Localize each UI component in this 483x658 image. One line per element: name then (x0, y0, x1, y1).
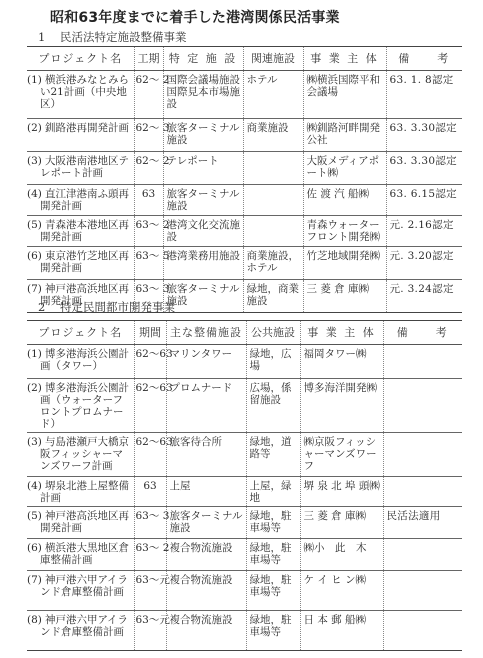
cell-period: 62〜 2 (134, 71, 163, 119)
cell-related: 商業施設 (243, 119, 303, 152)
table-minkan-toshi-kaihatsu: プロジェクト名 期間 主な整備施設 公共施設 事 業 主 体 備 考 (1)博多… (27, 320, 462, 651)
col-header-operator: 事 業 主 体 (300, 321, 383, 345)
cell-note: 63. 6.15認定 (386, 185, 462, 216)
cell-facility: 旅客ターミナル施設 (166, 507, 246, 539)
cell-facility: テレポート (163, 152, 243, 185)
cell-public: 緑地，駐車場等 (246, 611, 300, 651)
document-title: 昭和63年度までに着手した港湾関係民活事業 (50, 7, 340, 27)
cell-note: 63. 3.30認定 (386, 119, 462, 152)
cell-operator: 三 菱 倉 庫㈱ (303, 280, 386, 313)
table-row: (6)横浜港大黒地区倉庫整備計画63〜 2複合物流施設緑地，駐車場等㈱小 此 木 (27, 539, 462, 571)
cell-facility: 上屋 (166, 477, 246, 507)
cell-period: 62〜63 (134, 345, 166, 379)
row-number: (3) (27, 436, 45, 448)
cell-note (383, 345, 462, 379)
cell-note: 63. 3.30認定 (386, 152, 462, 185)
table-row: (6)東京港竹芝地区再開発計画63〜 5港湾業務用施設商業施設，ホテル竹芝地域開… (27, 247, 462, 280)
cell-project: (4)堺泉北港上屋整備計画 (27, 477, 134, 507)
cell-project: (6)横浜港大黒地区倉庫整備計画 (27, 539, 134, 571)
row-number: (7) (27, 283, 45, 295)
cell-note: 63. 1. 8認定 (386, 71, 462, 119)
cell-note (383, 477, 462, 507)
cell-operator: 博多海洋開発㈱ (300, 379, 383, 433)
cell-project: (2)釧路港再開発計画 (27, 119, 134, 152)
cell-public: 上屋，緑地 (246, 477, 300, 507)
cell-operator: ㈱釧路河畔開発公社 (303, 119, 386, 152)
cell-operator: ㈱小 此 木 (300, 539, 383, 571)
project-name: (8)神戸港六甲アイランド倉庫整備計画 (27, 614, 132, 638)
project-label: 横浜港みなとみらい21計画（中央地区） (40, 74, 129, 110)
cell-public: 緑地，道路等 (246, 433, 300, 477)
cell-related: 緑地，商業施設 (243, 280, 303, 313)
section-title: 民活法特定施設整備事業 (60, 30, 187, 44)
table-row: (8)神戸港六甲アイランド倉庫整備計画63〜元複合物流施設緑地，駐車場等日 本 … (27, 611, 462, 651)
cell-period: 63〜 2 (134, 216, 163, 247)
cell-operator: 竹芝地域開発㈱ (303, 247, 386, 280)
project-name: (2)博多港海浜公園計画（ウォーターフロントプロムナード） (27, 382, 132, 430)
table-row: (2)釧路港再開発計画62〜 3旅客ターミナル施設商業施設㈱釧路河畔開発公社63… (27, 119, 462, 152)
cell-project: (5)神戸港高浜地区再開発計画 (27, 507, 134, 539)
row-number: (1) (27, 348, 45, 360)
cell-project: (1)博多港海浜公園計画（タワー） (27, 345, 134, 379)
section-number: 2 (38, 300, 60, 314)
row-number: (2) (27, 382, 45, 394)
project-label: 博多港海浜公園計画（タワー） (40, 348, 129, 372)
cell-facility: 旅客待合所 (166, 433, 246, 477)
cell-period: 63〜元 (134, 611, 166, 651)
cell-period: 63 (134, 477, 166, 507)
project-label: 横浜港大黒地区倉庫整備計画 (40, 542, 129, 566)
row-number: (6) (27, 250, 45, 262)
col-header-note: 備 考 (383, 321, 462, 345)
cell-project: (5)青森港本港地区再開発計画 (27, 216, 134, 247)
row-number: (7) (27, 574, 45, 586)
project-name: (4)直江津港南ふ頭再開発計画 (27, 188, 132, 212)
project-name: (2)釧路港再開発計画 (27, 122, 132, 134)
project-label: 神戸港六甲アイランド倉庫整備計画 (40, 614, 128, 638)
cell-project: (1)横浜港みなとみらい21計画（中央地区） (27, 71, 134, 119)
table-tokutei-shisetsu: プロジェクト名 工期 特 定 施 設 関連施設 事 業 主 体 備 考 (1)横… (27, 46, 462, 313)
cell-operator: 三 菱 倉 庫㈱ (300, 507, 383, 539)
cell-operator: ケ イ ヒ ン㈱ (300, 571, 383, 611)
project-name: (7)神戸港六甲アイランド倉庫整備計画 (27, 574, 132, 598)
cell-period: 63〜 3 (134, 507, 166, 539)
cell-public: 緑地，広場 (246, 345, 300, 379)
cell-facility: 旅客ターミナル施設 (163, 280, 243, 313)
cell-period: 63〜 2 (134, 539, 166, 571)
project-name: (3)与島港瀬戸大橋京阪フィッシャーマンズワーフ計画 (27, 436, 132, 472)
section-2-heading: 2特定民間都市開発事業 (38, 299, 175, 315)
cell-operator: 日 本 郵 船㈱ (300, 611, 383, 651)
row-number: (4) (27, 188, 45, 200)
project-name: (5)青森港本港地区再開発計画 (27, 219, 132, 243)
cell-facility: マリンタワー (166, 345, 246, 379)
cell-period: 62〜63 (134, 379, 166, 433)
project-label: 与島港瀬戸大橋京阪フィッシャーマンズワーフ計画 (40, 436, 129, 472)
cell-period: 63 (134, 185, 163, 216)
section-title: 特定民間都市開発事業 (60, 300, 175, 314)
cell-period: 62〜63 (134, 433, 166, 477)
cell-operator: ㈱京阪フィッシャーマンズワーフ (300, 433, 383, 477)
cell-public: 緑地，駐車場等 (246, 571, 300, 611)
project-name: (1)横浜港みなとみらい21計画（中央地区） (27, 74, 132, 110)
row-number: (6) (27, 542, 45, 554)
project-name: (5)神戸港高浜地区再開発計画 (27, 510, 132, 534)
cell-related (243, 216, 303, 247)
section-number: 1 (38, 30, 60, 44)
cell-facility: 港湾業務用施設 (163, 247, 243, 280)
project-label: 東京港竹芝地区再開発計画 (40, 250, 129, 274)
col-header-operator: 事 業 主 体 (303, 47, 386, 71)
row-number: (5) (27, 219, 45, 231)
cell-note: 元. 2.16認定 (386, 216, 462, 247)
cell-note: 元. 3.20認定 (386, 247, 462, 280)
cell-project: (3)大阪港南港地区テレポート計画 (27, 152, 134, 185)
row-number: (2) (27, 122, 45, 134)
cell-project: (3)与島港瀬戸大橋京阪フィッシャーマンズワーフ計画 (27, 433, 134, 477)
cell-operator: 大阪メディアポート㈱ (303, 152, 386, 185)
table-row: (3)大阪港南港地区テレポート計画62〜 2テレポート大阪メディアポート㈱63.… (27, 152, 462, 185)
cell-project: (2)博多港海浜公園計画（ウォーターフロントプロムナード） (27, 379, 134, 433)
cell-note (383, 379, 462, 433)
cell-operator: 堺 泉 北 埠 頭㈱ (300, 477, 383, 507)
row-number: (3) (27, 155, 45, 167)
cell-facility: 複合物流施設 (166, 571, 246, 611)
project-name: (4)堺泉北港上屋整備計画 (27, 480, 132, 504)
cell-note (383, 433, 462, 477)
cell-related (243, 185, 303, 216)
cell-project: (6)東京港竹芝地区再開発計画 (27, 247, 134, 280)
row-number: (8) (27, 614, 45, 626)
project-label: 神戸港六甲アイランド倉庫整備計画 (40, 574, 128, 598)
table-header-row: プロジェクト名 期間 主な整備施設 公共施設 事 業 主 体 備 考 (27, 321, 462, 345)
section-1-heading: 1民活法特定施設整備事業 (38, 29, 187, 45)
cell-related (243, 152, 303, 185)
table-row: (4)直江津港南ふ頭再開発計画63旅客ターミナル施設佐 渡 汽 船㈱63. 6.… (27, 185, 462, 216)
col-header-facility: 特 定 施 設 (163, 47, 243, 71)
table-row: (2)博多港海浜公園計画（ウォーターフロントプロムナード）62〜63プロムナード… (27, 379, 462, 433)
cell-public: 緑地，駐車場等 (246, 539, 300, 571)
cell-operator: 青森ウォーターフロント開発㈱ (303, 216, 386, 247)
cell-operator: 福岡タワー㈱ (300, 345, 383, 379)
row-number: (1) (27, 74, 45, 86)
cell-facility: 複合物流施設 (166, 539, 246, 571)
project-label: 青森港本港地区再開発計画 (40, 219, 129, 243)
cell-operator: ㈱横浜国際平和会議場 (303, 71, 386, 119)
project-name: (6)横浜港大黒地区倉庫整備計画 (27, 542, 132, 566)
col-header-facility: 主な整備施設 (166, 321, 246, 345)
cell-period: 62〜 2 (134, 152, 163, 185)
cell-related: 商業施設，ホテル (243, 247, 303, 280)
col-header-project: プロジェクト名 (27, 47, 134, 71)
project-label: 直江津港南ふ頭再開発計画 (40, 188, 129, 212)
cell-facility: 旅客ターミナル施設 (163, 185, 243, 216)
cell-operator: 佐 渡 汽 船㈱ (303, 185, 386, 216)
col-header-public: 公共施設 (246, 321, 300, 345)
col-header-period: 工期 (134, 47, 163, 71)
cell-facility: 港湾文化交流施設 (163, 216, 243, 247)
project-label: 釧路港再開発計画 (45, 122, 129, 134)
project-label: 神戸港高浜地区再開発計画 (40, 510, 129, 534)
table-row: (5)青森港本港地区再開発計画63〜 2港湾文化交流施設青森ウォーターフロント開… (27, 216, 462, 247)
cell-facility: 複合物流施設 (166, 611, 246, 651)
cell-project: (7)神戸港六甲アイランド倉庫整備計画 (27, 571, 134, 611)
project-name: (6)東京港竹芝地区再開発計画 (27, 250, 132, 274)
cell-project: (4)直江津港南ふ頭再開発計画 (27, 185, 134, 216)
project-label: 大阪港南港地区テレポート計画 (40, 155, 129, 179)
col-header-project: プロジェクト名 (27, 321, 134, 345)
table-row: (5)神戸港高浜地区再開発計画63〜 3旅客ターミナル施設緑地，駐車場等三 菱 … (27, 507, 462, 539)
table-row: (3)与島港瀬戸大橋京阪フィッシャーマンズワーフ計画62〜63旅客待合所緑地，道… (27, 433, 462, 477)
cell-note: 民活法適用 (383, 507, 462, 539)
cell-project: (8)神戸港六甲アイランド倉庫整備計画 (27, 611, 134, 651)
project-label: 堺泉北港上屋整備計画 (40, 480, 129, 504)
table-row: (1)横浜港みなとみらい21計画（中央地区）62〜 2国際会議場施設 国際見本市… (27, 71, 462, 119)
cell-note (383, 611, 462, 651)
col-header-note: 備 考 (386, 47, 462, 71)
cell-period: 63〜 5 (134, 247, 163, 280)
cell-related: ホテル (243, 71, 303, 119)
cell-note (383, 571, 462, 611)
cell-period: 63〜元 (134, 571, 166, 611)
table-header-row: プロジェクト名 工期 特 定 施 設 関連施設 事 業 主 体 備 考 (27, 47, 462, 71)
col-header-period: 期間 (134, 321, 166, 345)
cell-facility: プロムナード (166, 379, 246, 433)
row-number: (4) (27, 480, 45, 492)
cell-period: 62〜 3 (134, 119, 163, 152)
project-label: 博多港海浜公園計画（ウォーターフロントプロムナード） (40, 382, 129, 430)
cell-facility: 旅客ターミナル施設 (163, 119, 243, 152)
cell-note (383, 539, 462, 571)
table-row: (4)堺泉北港上屋整備計画63上屋上屋，緑地堺 泉 北 埠 頭㈱ (27, 477, 462, 507)
cell-note: 元. 3.24認定 (386, 280, 462, 313)
project-name: (3)大阪港南港地区テレポート計画 (27, 155, 132, 179)
cell-public: 広場，係留施設 (246, 379, 300, 433)
col-header-related: 関連施設 (243, 47, 303, 71)
cell-facility: 国際会議場施設 国際見本市場施設 (163, 71, 243, 119)
table-row: (1)博多港海浜公園計画（タワー）62〜63マリンタワー緑地，広場福岡タワー㈱ (27, 345, 462, 379)
table-row: (7)神戸港六甲アイランド倉庫整備計画63〜元複合物流施設緑地，駐車場等ケ イ … (27, 571, 462, 611)
row-number: (5) (27, 510, 45, 522)
cell-public: 緑地，駐車場等 (246, 507, 300, 539)
project-name: (1)博多港海浜公園計画（タワー） (27, 348, 132, 372)
